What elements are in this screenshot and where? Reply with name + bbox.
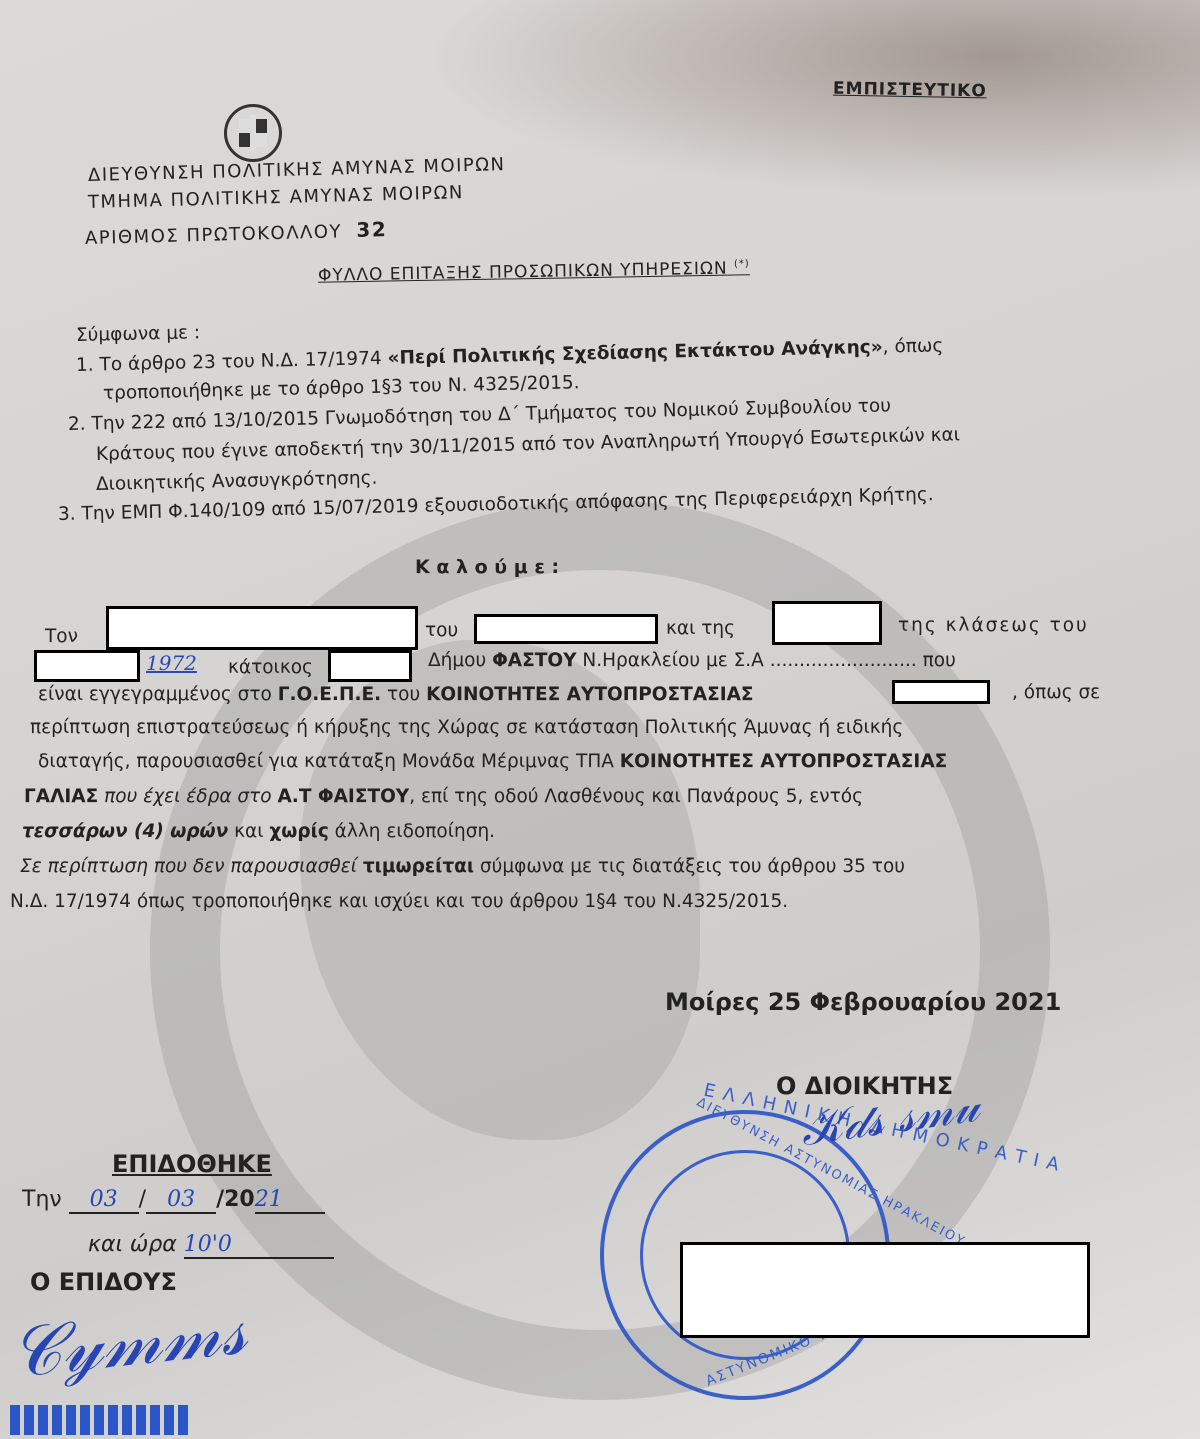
body-text: Τον xyxy=(45,628,78,647)
body-text: Δήμου ΦΑΣΤΟΥ Ν.Ηρακλείου με Σ.Α ........… xyxy=(428,652,956,671)
body-text: Σε περίπτωση που δεν παρουσιασθεί τιμωρε… xyxy=(20,858,905,877)
summon-heading: Κ α λ ο ύ μ ε : xyxy=(415,556,559,578)
protocol-number: ΑΡΙΘΜΟΣ ΠΡΩΤΟΚΟΛΛΟΥ 32 xyxy=(85,217,388,249)
body-text: ΓΑΛΙΑΣ που έχει έδρα στο Α.Τ ΦΑΙΣΤΟΥ, επ… xyxy=(24,788,863,807)
service-date: Την 03/03/2021 xyxy=(22,1187,325,1214)
redacted-date xyxy=(34,650,140,682)
body-text: του xyxy=(425,622,458,641)
body-text: τεσσάρων (4) ωρών και χωρίς άλλη ειδοποί… xyxy=(22,823,495,842)
legal-intro: Σύμφωνα με : xyxy=(76,324,201,345)
birth-year-handwritten: 1972 xyxy=(146,651,197,675)
photo-shadow xyxy=(420,0,1200,200)
redacted-community xyxy=(892,680,990,704)
document-title: ΦΥΛΛΟ ΕΠΙΤΑΞΗΣ ΠΡΟΣΩΠΙΚΩΝ ΥΠΗΡΕΣΙΩΝ (*) xyxy=(318,258,750,286)
body-text: και της xyxy=(666,620,735,639)
redacted-name xyxy=(106,606,418,650)
department-name: ΤΜΗΜΑ ΠΟΛΙΤΙΚΗΣ ΑΜΥΝΑΣ ΜΟΙΡΩΝ xyxy=(88,182,464,213)
legal-item-1: 1. Το άρθρο 23 του Ν.Δ. 17/1974 «Περί Πο… xyxy=(76,337,944,375)
body-text: διαταγής, παρουσιασθεί για κατάταξη Μονά… xyxy=(38,753,947,772)
body-text: της κλάσεως του xyxy=(898,617,1089,636)
server-signature: 𝒞𝓎𝓂𝓂𝓈 xyxy=(6,1288,250,1395)
redacted-commander-name xyxy=(680,1242,1090,1338)
server-label: Ο ΕΠΙΔΟΥΣ xyxy=(30,1268,177,1296)
redacted-residence xyxy=(328,650,412,682)
body-text: περίπτωση επιστρατεύσεως ή κήρυξης της Χ… xyxy=(30,719,903,738)
legal-item-1-cont: τροποποιήθηκε με το άρθρο 1§3 του Ν. 432… xyxy=(103,374,580,403)
body-text: , όπως σε xyxy=(1012,684,1100,703)
redacted-mother-name xyxy=(772,601,882,645)
body-text: κάτοικος xyxy=(228,659,313,678)
legal-item-2-cont: Κράτους που έγινε αποδεκτή την 30/11/201… xyxy=(96,426,960,464)
redacted-father-name xyxy=(474,614,658,644)
body-text: είναι εγγεγραμμένος στο Γ.Ο.Ε.Π.Ε. του Κ… xyxy=(38,686,754,705)
greek-coat-of-arms-icon xyxy=(224,104,282,162)
body-text: Ν.Δ. 17/1974 όπως τροποποιήθηκε και ισχύ… xyxy=(10,893,788,912)
legal-item-2-cont2: Διοικητικής Ανασυγκρότησης. xyxy=(96,470,378,495)
place-date: Μοίρες 25 Φεβρουαρίου 2021 xyxy=(665,988,1061,1016)
service-time: και ώρα 10'0 xyxy=(88,1232,334,1259)
classification-label: ΕΜΠΙΣΤΕΥΤΙΚΟ xyxy=(833,79,987,102)
blue-stamp-fragment xyxy=(10,1405,190,1435)
service-label: ΕΠΙΔΟΘΗΚΕ xyxy=(112,1150,272,1178)
